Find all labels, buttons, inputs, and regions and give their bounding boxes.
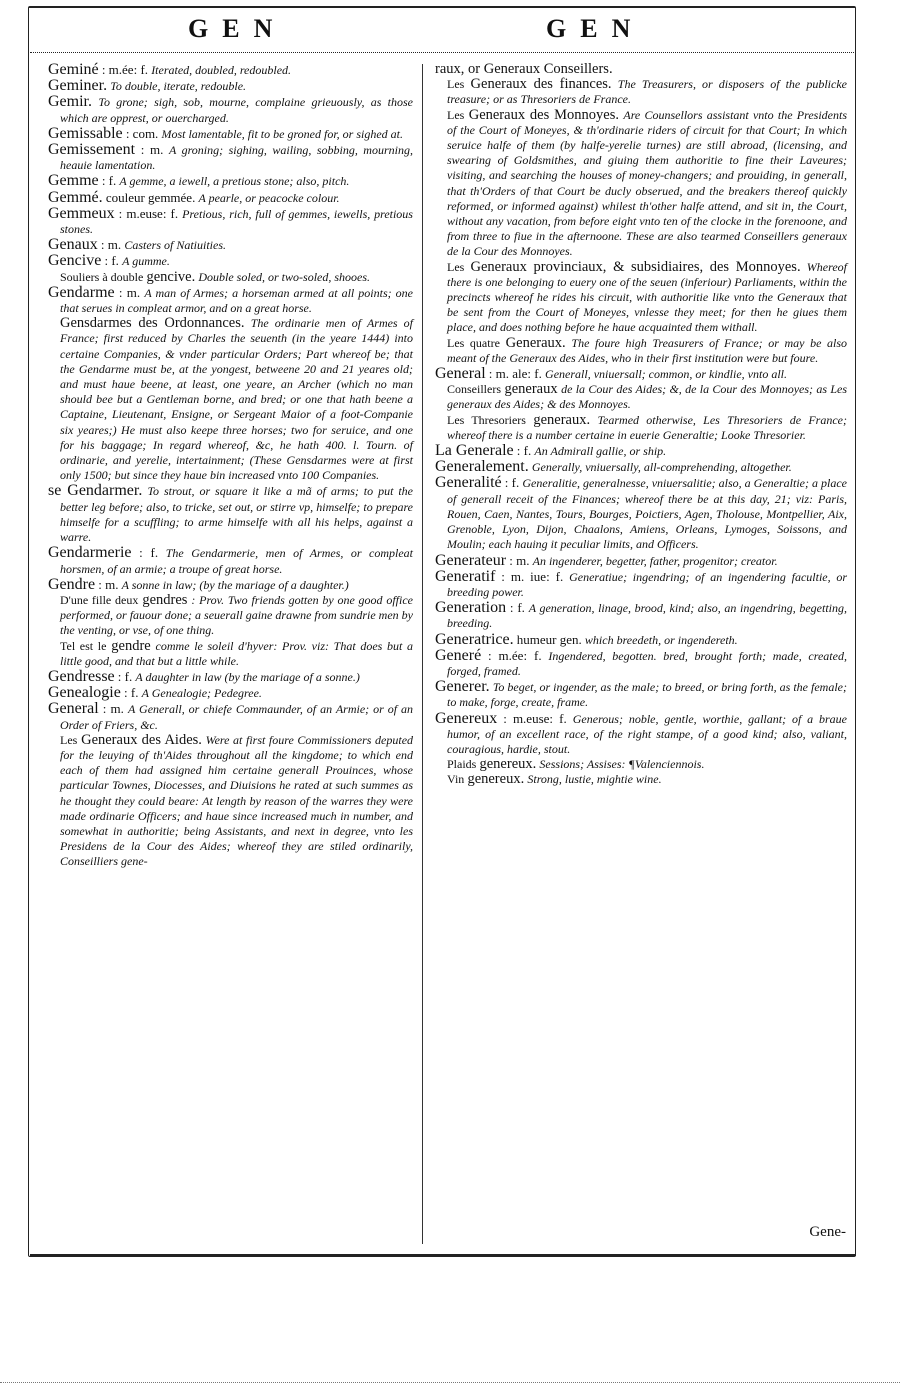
dictionary-entry: Gencive : f. A gumme.	[48, 253, 413, 269]
dictionary-entry: Generation : f. A generation, linage, br…	[435, 600, 847, 631]
grammar-label: : m.	[98, 577, 118, 592]
definition: A pearle, or peacocke colour.	[198, 191, 339, 205]
definition: The ordinarie men of Armes of France; fi…	[60, 316, 413, 482]
sub-entry: Gensdarmes des Ordonnances. The ordinari…	[60, 316, 413, 483]
headword: Gemmé.	[48, 189, 103, 206]
headword: Genealogie	[48, 684, 121, 701]
phrase-headword: genereux.	[467, 771, 524, 787]
dictionary-entry: Gemir. To grone; sigh, sob, mourne, comp…	[48, 94, 413, 125]
grammar-label: : m.	[509, 553, 529, 568]
headword: La Generale	[435, 442, 514, 459]
phrase-prefix: Les	[447, 77, 464, 91]
right-column: raux, or Generaux Conseillers.Les Genera…	[435, 62, 847, 788]
dictionary-entry: General : m. ale: f. Generall, vniuersal…	[435, 366, 847, 382]
grammar-label: : f.	[517, 443, 531, 458]
headword: Genaux	[48, 236, 98, 253]
sub-entry: Vin genereux. Strong, lustie, mightie wi…	[447, 772, 847, 787]
left-column: Geminé : m.ée: f. Iterated, doubled, red…	[48, 62, 413, 870]
sub-entry: D'une fille deux gendres : Prov. Two fri…	[60, 593, 413, 639]
phrase-headword: Gensdarmes des Ordonnances.	[60, 315, 245, 331]
grammar-label: : m.	[141, 142, 164, 157]
phrase-prefix: Les quatre	[447, 336, 500, 350]
headword: Generalement.	[435, 458, 529, 475]
grammar-label: : f.	[118, 669, 132, 684]
phrase-headword: gendres	[142, 592, 187, 608]
column-divider	[422, 64, 423, 1244]
grammar-label: : m.euse: f.	[503, 711, 567, 726]
header-rule	[30, 52, 856, 53]
dictionary-entry: Genealogie : f. A Genealogie; Pedegree.	[48, 685, 413, 701]
grammar-label: : m.	[119, 285, 140, 300]
sub-entry: Les Generaux des finances. The Treasurer…	[447, 77, 847, 107]
dictionary-entry: Geminé : m.ée: f. Iterated, doubled, red…	[48, 62, 413, 78]
bottom-rule	[30, 1254, 856, 1256]
definition: A Genealogie; Pedegree.	[142, 686, 262, 700]
headword: Genereux	[435, 710, 497, 727]
catchword: Gene-	[809, 1224, 846, 1241]
definition: A sonne in law; (by the mariage of a dau…	[122, 578, 349, 592]
definition: Strong, lustie, mightie wine.	[527, 772, 661, 786]
definition: Sessions; Assises: ¶Valenciennois.	[539, 757, 704, 771]
dictionary-entry: Geminer. To double, iterate, redouble.	[48, 78, 413, 94]
dictionary-entry: Generé : m.ée: f. Ingendered, begotten. …	[435, 648, 847, 679]
headword: Gemmeux	[48, 205, 115, 222]
dictionary-entry: Gemmé. couleur gemmée. A pearle, or peac…	[48, 190, 413, 206]
phrase-prefix: Plaids	[447, 757, 476, 771]
headword: Gemir.	[48, 93, 92, 110]
definition: Were at first foure Commissioners depute…	[60, 733, 413, 869]
definition: which breedeth, or ingendereth.	[585, 633, 738, 647]
definition: A generation, linage, brood, kind; also,…	[447, 601, 847, 630]
headword: Generation	[435, 599, 506, 616]
dictionary-entry: Generer. To beget, or ingender, as the m…	[435, 679, 847, 710]
phrase-headword: Generaux des Aides.	[81, 732, 202, 748]
phrase-headword: generaux.	[533, 412, 590, 428]
phrase-headword: gendre	[111, 638, 150, 654]
grammar-label: : m. ale: f.	[489, 366, 542, 381]
definition: An Admirall gallie, or ship.	[534, 444, 666, 458]
headword: Gencive	[48, 252, 101, 269]
sub-entry: Les quatre Generaux. The foure high Trea…	[447, 336, 847, 366]
headword: Gendarmerie	[48, 544, 132, 561]
definition: Casters of Natiuities.	[124, 238, 226, 252]
definition: A gumme.	[122, 254, 170, 268]
definition: To double, iterate, redouble.	[110, 79, 246, 93]
phrase-headword: Generaux provinciaux, & subsidiaires, de…	[471, 259, 801, 275]
headword: Gemissable	[48, 125, 123, 142]
definition: To grone; sigh, sob, mourne, complaine g…	[60, 95, 413, 124]
dictionary-entry: Genereux : m.euse: f. Generous; noble, g…	[435, 711, 847, 758]
dictionary-entry: se Gendarmer. To strout, or square it li…	[48, 483, 413, 545]
sub-entry: Tel est le gendre comme le soleil d'hyve…	[60, 639, 413, 669]
phrase-headword: Generaux des finances.	[471, 76, 612, 92]
grammar-label: humeur gen.	[517, 632, 582, 647]
dictionary-entry: Generatrice. humeur gen. which breedeth,…	[435, 632, 847, 648]
dictionary-entry: Gemissable : com. Most lamentable, fit t…	[48, 126, 413, 142]
definition: A gemme, a iewell, a pretious stone; als…	[119, 174, 349, 188]
sub-entry: Conseillers generaux de la Cour des Aide…	[447, 382, 847, 412]
headword: General	[435, 365, 486, 382]
phrase-headword: genereux.	[480, 756, 537, 772]
grammar-label: : com.	[126, 126, 159, 141]
grammar-label: couleur gemmée.	[106, 190, 196, 205]
dictionary-entry: Generatif : m. iue: f. Generatiue; ingen…	[435, 569, 847, 600]
grammar-label: : f.	[124, 685, 138, 700]
dictionary-entry: Generalité : f. Generalitie, generalness…	[435, 475, 847, 552]
dictionary-entry: General : m. A Generall, or chiefe Comma…	[48, 701, 413, 732]
headword: General	[48, 700, 99, 717]
headword: Generé	[435, 647, 481, 664]
sub-entry: Les Generaux des Aides. Were at first fo…	[60, 733, 413, 870]
definition: Most lamentable, fit to be groned for, o…	[161, 127, 403, 141]
phrase-prefix: Les Thresoriers	[447, 413, 526, 427]
phrase-prefix: Souliers à double	[60, 270, 143, 284]
phrase-prefix: Tel est le	[60, 639, 106, 653]
phrase-headword: gencive.	[146, 269, 195, 285]
sub-entry: Souliers à double gencive. Double soled,…	[60, 270, 413, 285]
grammar-label: : f.	[505, 475, 519, 490]
phrase-prefix: Conseillers	[447, 382, 501, 396]
running-head-right: GEN	[546, 14, 644, 44]
dictionary-entry: Generalement. Generally, vniuersally, al…	[435, 459, 847, 475]
phrase-headword: generaux	[504, 381, 557, 397]
phrase-prefix: Les	[447, 260, 464, 274]
headword: Gemme	[48, 172, 99, 189]
headword: Gendre	[48, 576, 95, 593]
headword: Generalité	[435, 474, 502, 491]
dictionary-entry: Gendre : m. A sonne in law; (by the mari…	[48, 577, 413, 593]
sub-entry: Les Generaux provinciaux, & subsidiaires…	[447, 260, 847, 336]
dictionary-entry: Gemmeux : m.euse: f. Pretious, rich, ful…	[48, 206, 413, 237]
grammar-label: : m.	[103, 701, 124, 716]
phrase-prefix: Les	[447, 108, 464, 122]
grammar-label: : m.ée: f.	[488, 648, 542, 663]
scan-edge	[0, 1382, 900, 1383]
grammar-label: : m.euse: f.	[119, 206, 178, 221]
continued-text-body: raux, or Generaux Conseillers.	[435, 61, 613, 77]
sub-entry: Les Thresoriers generaux. Tearmed otherw…	[447, 413, 847, 443]
definition: Generall, vniuersall; common, or kindlie…	[545, 367, 787, 381]
grammar-label: : f.	[510, 600, 525, 615]
sub-entry: Les Generaux des Monnoyes. Are Counsello…	[447, 108, 847, 260]
dictionary-entry: Generateur : m. An ingenderer, begetter,…	[435, 553, 847, 569]
dictionary-entry: Gendarme : m. A man of Armes; a horseman…	[48, 285, 413, 316]
headword: Gendresse	[48, 668, 115, 685]
grammar-label: : m.	[101, 237, 121, 252]
definition: Generally, vniuersally, all-comprehendin…	[532, 460, 792, 474]
definition: An ingenderer, begetter, father, progeni…	[533, 554, 778, 568]
phrase-headword: Generaux.	[506, 335, 566, 351]
continued-text: raux, or Generaux Conseillers.	[435, 62, 847, 77]
definition: Iterated, doubled, redoubled.	[151, 63, 291, 77]
running-head-left: GEN	[188, 14, 286, 44]
headword: Gendarme	[48, 284, 115, 301]
headword: Gemissement	[48, 141, 135, 158]
sub-entry: Plaids genereux. Sessions; Assises: ¶Val…	[447, 757, 847, 772]
definition: Are Counsellors assistant vnto the Presi…	[447, 108, 847, 259]
headword: Generatrice.	[435, 631, 514, 648]
dictionary-entry: Gendarmerie : f. The Gendarmerie, men of…	[48, 545, 413, 576]
headword: Geminer.	[48, 77, 107, 94]
definition: Double soled, or two-soled, shooes.	[198, 270, 370, 284]
headword: Generatif	[435, 568, 495, 585]
headword: Generer.	[435, 678, 490, 695]
grammar-label: : m. iue: f.	[501, 569, 563, 584]
phrase-headword: Generaux des Monnoyes.	[469, 107, 619, 123]
phrase-prefix: Vin	[447, 772, 464, 786]
dictionary-entry: Gemissement : m. A groning; sighing, wai…	[48, 142, 413, 173]
grammar-label: : m.ée: f.	[102, 62, 148, 77]
running-head: GEN GEN	[28, 6, 856, 54]
headword: se Gendarmer.	[48, 482, 142, 499]
grammar-label: : f.	[102, 173, 116, 188]
dictionary-entry: Genaux : m. Casters of Natiuities.	[48, 237, 413, 253]
headword: Generateur	[435, 552, 506, 569]
phrase-prefix: D'une fille deux	[60, 593, 138, 607]
definition: A daughter in law (by the mariage of a s…	[135, 670, 359, 684]
dictionary-entry: Gendresse : f. A daughter in law (by the…	[48, 669, 413, 685]
dictionary-entry: La Generale : f. An Admirall gallie, or …	[435, 443, 847, 459]
definition: To beget, or ingender, as the male; to b…	[447, 680, 847, 709]
dictionary-entry: Gemme : f. A gemme, a iewell, a pretious…	[48, 173, 413, 189]
grammar-label: : f.	[139, 545, 158, 560]
headword: Geminé	[48, 61, 99, 78]
phrase-prefix: Les	[60, 733, 77, 747]
grammar-label: : f.	[104, 253, 118, 268]
